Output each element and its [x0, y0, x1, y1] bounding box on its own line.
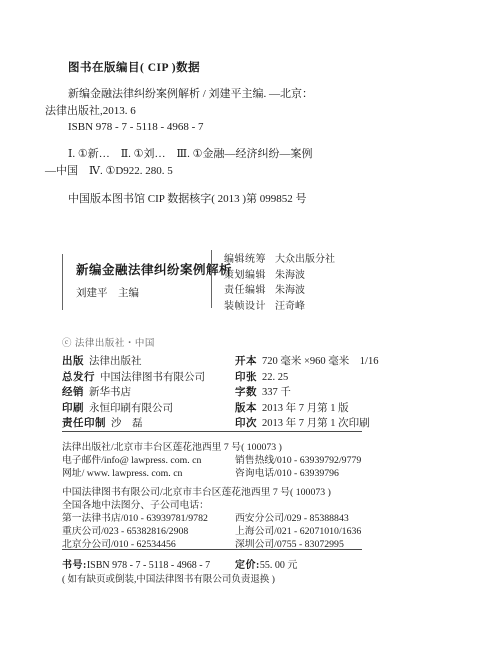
- return-policy-note: ( 如有缺页或倒装,中国法律图书有限公司负责退换 ): [62, 571, 275, 585]
- publishing-label: 字数: [235, 387, 257, 398]
- publishing-value: 法律出版社: [89, 356, 142, 367]
- cip-entry-line1: 新编金融法律纠纷案例解析 / 刘建平主编. —北京：: [45, 86, 313, 103]
- book-title: 新编金融法律纠纷案例解析: [76, 260, 232, 278]
- branch-phone: 西安分公司/029 - 85388843: [235, 510, 349, 524]
- credits-block: 编辑统筹大众出版分社 策划编辑朱海波 责任编辑朱海波 装帧设计汪奇峰: [211, 250, 335, 308]
- branch-phone: 北京分公司/010 - 62534456: [62, 536, 176, 550]
- publishing-value: 22. 25: [262, 372, 288, 383]
- publishing-row: 印刷永恒印刷有限公司: [62, 401, 205, 417]
- cip-class-line2: —中国 Ⅳ. ①D922. 280. 5: [45, 163, 313, 180]
- publishing-row: 出版法律出版社: [62, 354, 205, 370]
- price-row: 定价:55. 00 元: [235, 556, 297, 571]
- price-value: 55. 00 元: [260, 560, 298, 571]
- price-label: 定价:: [235, 560, 260, 571]
- credit-value: 朱海波: [275, 270, 305, 281]
- cip-heading: 图书在版编目( CIP )数据: [68, 59, 200, 75]
- credit-row: 编辑统筹大众出版分社: [224, 252, 335, 268]
- publisher-website: 网址/ www. lawpress. com. cn: [62, 465, 182, 479]
- book-number-value: ISBN 978 - 7 - 5118 - 4968 - 7: [87, 560, 210, 571]
- publishing-row: 总发行中国法律图书有限公司: [62, 370, 205, 386]
- publishing-label: 责任印制: [62, 418, 106, 429]
- branch-phone: 第一法律书店/010 - 63939781/9782: [62, 510, 208, 524]
- book-number-row: 书号:ISBN 978 - 7 - 5118 - 4968 - 7: [62, 556, 210, 571]
- publishing-left-column: 出版法律出版社 总发行中国法律图书有限公司 经销新华书店 印刷永恒印刷有限公司 …: [62, 354, 205, 432]
- publishing-label: 出版: [62, 356, 84, 367]
- book-number-label: 书号:: [62, 560, 87, 571]
- credit-label: 责任编辑: [224, 285, 266, 296]
- branch-phone: 深圳公司/0755 - 83072995: [235, 536, 344, 550]
- credit-value: 朱海波: [275, 285, 305, 296]
- publishing-row: 经销新华书店: [62, 385, 205, 401]
- publishing-value: 沙 磊: [111, 418, 143, 429]
- copyright-line: ⓒ 法律出版社・中国: [62, 335, 155, 349]
- publishing-value: 337 千: [262, 387, 291, 398]
- cip-class-line1: Ⅰ. ①新… Ⅱ. ①刘… Ⅲ. ①金融—经济纠纷—案例: [45, 146, 313, 163]
- credit-label: 编辑统筹: [224, 254, 266, 265]
- cip-entry-line2: 法律出版社,2013. 6: [45, 103, 313, 120]
- publishing-label: 印刷: [62, 403, 84, 414]
- book-author: 刘建平 主编: [76, 285, 232, 300]
- branches-heading: 全国各地中法图分、子公司电话：: [62, 497, 209, 511]
- branch-phone: 重庆公司/023 - 65382816/2908: [62, 523, 188, 537]
- cip-classification: Ⅰ. ①新… Ⅱ. ①刘… Ⅲ. ①金融—经济纠纷—案例 —中国 Ⅳ. ①D92…: [45, 146, 313, 179]
- cip-entry: 新编金融法律纠纷案例解析 / 刘建平主编. —北京： 法律出版社,2013. 6…: [45, 86, 313, 136]
- publishing-row: 字数337 千: [235, 385, 378, 401]
- publisher-address: 法律出版社/北京市丰台区莲花池西里 7 号( 100073 ): [62, 439, 282, 453]
- publishing-row: 开本720 毫米 ×960 毫米 1/16: [235, 354, 378, 370]
- publishing-label: 经销: [62, 387, 84, 398]
- publishing-value: 永恒印刷有限公司: [89, 403, 173, 414]
- cip-record-number: 中国版本图书馆 CIP 数据核字( 2013 )第 099852 号: [68, 190, 307, 206]
- publishing-label: 印张: [235, 372, 257, 383]
- publishing-row: 责任印制沙 磊: [62, 416, 205, 432]
- sales-hotline: 销售热线/010 - 63939792/9779: [235, 452, 361, 466]
- credit-row: 装帧设计汪奇峰: [224, 299, 335, 315]
- divider-line: [62, 549, 362, 550]
- credit-value: 大众出版分社: [275, 254, 335, 265]
- distributor-address: 中国法律图书有限公司/北京市丰台区莲花池西里 7 号( 100073 ): [62, 484, 331, 498]
- publishing-label: 印次: [235, 418, 257, 429]
- credit-label: 策划编辑: [224, 270, 266, 281]
- credit-row: 策划编辑朱海波: [224, 268, 335, 284]
- publishing-label: 开本: [235, 356, 257, 367]
- divider-line: [62, 431, 362, 432]
- publishing-label: 总发行: [62, 372, 95, 383]
- publishing-label: 版本: [235, 403, 257, 414]
- publishing-row: 版本2013 年 7 月第 1 版: [235, 401, 378, 417]
- publishing-value: 2013 年 7 月第 1 版: [262, 403, 349, 414]
- publishing-right-column: 开本720 毫米 ×960 毫米 1/16 印张22. 25 字数337 千 版…: [235, 354, 378, 432]
- publishing-value: 中国法律图书有限公司: [100, 372, 205, 383]
- book-copyright-page: 图书在版编目( CIP )数据 新编金融法律纠纷案例解析 / 刘建平主编. —北…: [0, 0, 482, 672]
- publisher-email: 电子邮件/info@ lawpress. com. cn: [62, 452, 201, 466]
- publishing-row: 印张22. 25: [235, 370, 378, 386]
- cip-isbn-line: ISBN 978 - 7 - 5118 - 4968 - 7: [45, 119, 313, 136]
- credit-label: 装帧设计: [224, 301, 266, 312]
- publishing-row: 印次2013 年 7 月第 1 次印刷: [235, 416, 378, 432]
- publishing-value: 2013 年 7 月第 1 次印刷: [262, 418, 370, 429]
- publishing-value: 新华书店: [89, 387, 131, 398]
- credit-row: 责任编辑朱海波: [224, 283, 335, 299]
- publishing-value: 720 毫米 ×960 毫米 1/16: [262, 356, 378, 367]
- branch-phone: 上海公司/021 - 62071010/1636: [235, 523, 361, 537]
- title-block: 新编金融法律纠纷案例解析 刘建平 主编: [62, 254, 232, 310]
- inquiry-phone: 咨询电话/010 - 63939796: [235, 465, 339, 479]
- credit-value: 汪奇峰: [275, 301, 305, 312]
